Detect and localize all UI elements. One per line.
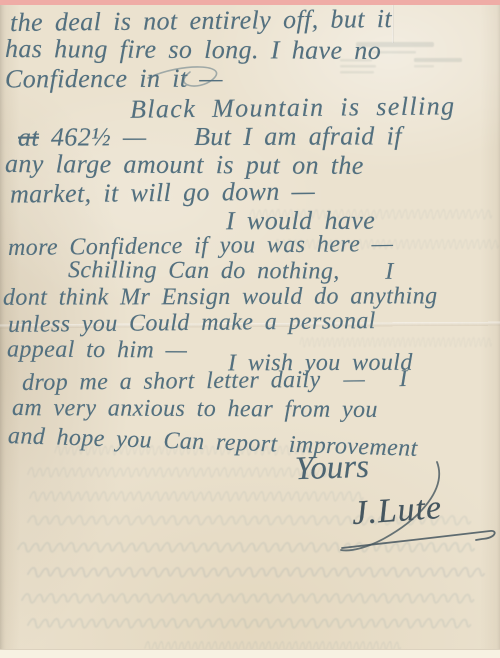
letter-line: Black Mountain is selling <box>130 91 456 124</box>
struck-word: at <box>18 123 39 152</box>
page-bottom-edge <box>0 649 500 658</box>
letter-page: the deal is not entirely off, but it has… <box>0 0 500 658</box>
letter-line: Schilling Can do nothing, I <box>68 257 394 286</box>
letter-line: at 462½ — But I am afraid if <box>18 121 402 152</box>
closing-word: Yours <box>294 449 369 489</box>
letter-line: market, it will go down — <box>10 176 315 209</box>
signature: J.Lute <box>351 489 443 533</box>
letter-line: am very anxious to hear from you <box>12 395 378 424</box>
letter-line-text: 462½ — But I am afraid if <box>39 121 402 151</box>
letter-line: has hung fire so long. I have no <box>5 34 381 66</box>
letter-line: the deal is not entirely off, but it <box>10 4 392 38</box>
letter-line: unless you Could make a personal <box>8 308 376 339</box>
letter-line: appeal to him — <box>7 337 187 365</box>
letter-line: Confidence in it — <box>5 64 223 95</box>
letter-body: the deal is not entirely off, but it has… <box>0 0 500 658</box>
letter-line: drop me a short letter daily — I <box>22 366 408 397</box>
